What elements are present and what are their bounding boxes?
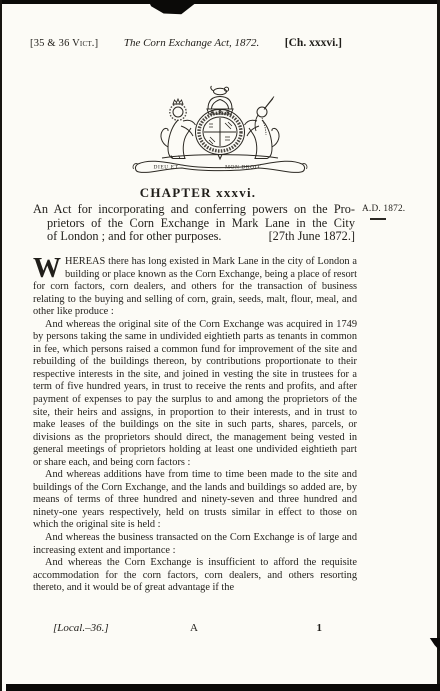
garter-shield [196,110,245,160]
chapter-citation: [Ch. xxxvi.] [285,37,342,49]
long-title: An Act for incorporating and conferring … [33,203,355,244]
unicorn-supporter [245,97,280,159]
series-note: [Local.–36.] [53,622,109,634]
margin-note-date: A.D. 1872. [362,204,405,214]
margin-note-rule [370,218,386,220]
preamble-opening-paragraph: WHEREAS there has long existed in Mark L… [33,256,357,319]
scan-artifact-bottom-bar [6,684,440,691]
signature-mark: A [190,622,198,634]
scan-artifact-corner-notch [428,638,440,651]
act-short-title: The Corn Exchange Act, 1872. [124,37,259,49]
royal-assent-date: [27th June 1872.] [269,230,355,244]
long-title-line-1: An Act for incorporating and conferring … [33,203,355,217]
margin-note: A.D. 1872. [362,204,432,220]
page-footer: [Local.–36.] A 1 [33,622,355,636]
royal-coat-of-arms: DIEU ET MON DROIT [124,85,316,177]
chapter-heading: CHAPTER xxxvi. [33,185,363,201]
page-number: 1 [317,622,323,634]
running-header: [35 & 36 Vict.] The Corn Exchange Act, 1… [30,37,342,49]
drop-cap: W [33,256,65,281]
royal-arms-illustration: DIEU ET MON DROIT [124,85,316,177]
long-title-line-2: prietors of the Corn Exchange in Mark La… [33,217,355,231]
motto-right-text: MON DROIT [225,165,261,171]
scanned-act-page: [35 & 36 Vict.] The Corn Exchange Act, 1… [0,0,440,691]
preamble-recital-1: And whereas the original site of the Cor… [33,319,357,470]
preamble-opening-text: HEREAS there has long existed in Mark La… [33,256,357,317]
preamble-recital-3: And whereas the business transacted on t… [33,532,357,557]
preamble-recital-4: And whereas the Corn Exchange is insuffi… [33,557,357,595]
regnal-year-citation: [35 & 36 Vict.] [30,38,98,49]
motto-left-text: DIEU ET [153,165,178,171]
scan-artifact-top-blob [148,0,200,15]
lion-supporter [161,99,196,159]
long-title-ending: of London ; and for other purposes. [47,230,222,244]
long-title-line-3: of London ; and for other purposes. [27t… [33,230,355,244]
crest-lion [211,86,229,95]
motto-ribbon: DIEU ET MON DROIT [133,161,307,172]
scan-artifact-top-bar [0,0,440,4]
scan-artifact-left-edge [0,0,2,691]
preamble-recital-2: And whereas additions have from time to … [33,469,357,532]
act-preamble: WHEREAS there has long existed in Mark L… [33,256,357,595]
